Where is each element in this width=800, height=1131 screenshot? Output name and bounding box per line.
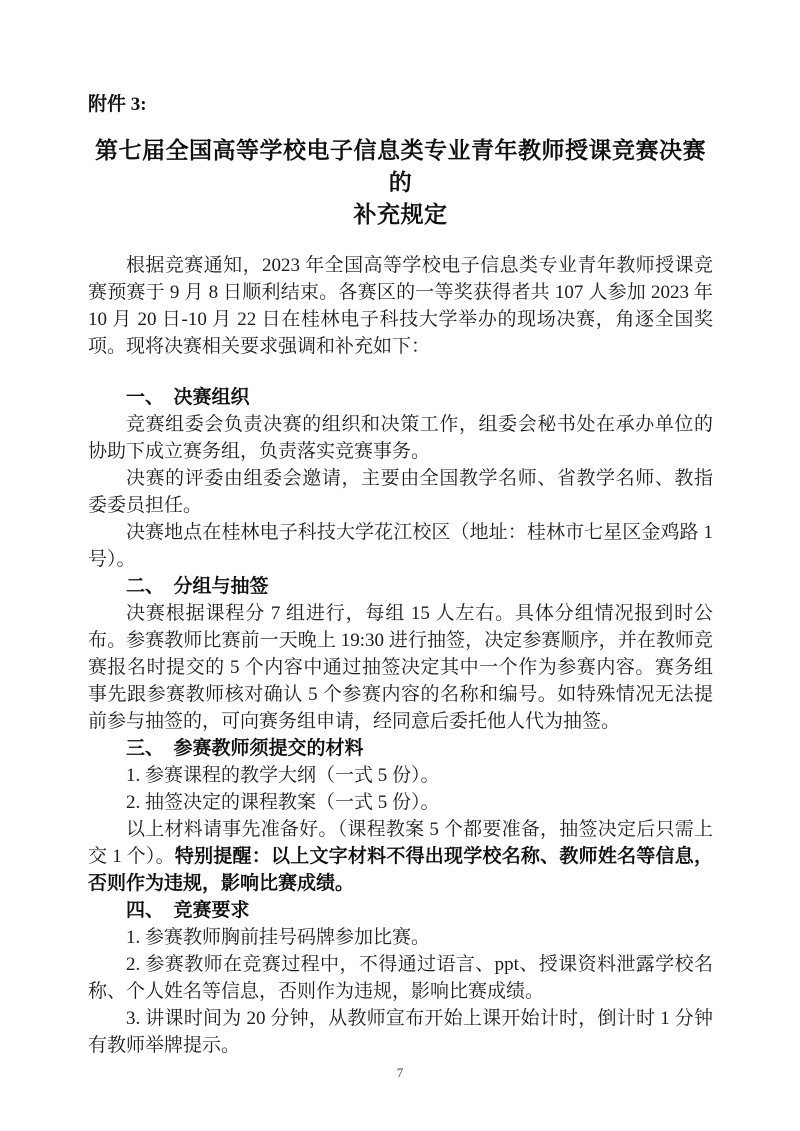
section-1-heading: 一、 决赛组织 — [88, 384, 713, 411]
section-3-item: 2. 抽签决定的课程教案（一式 5 份）。 — [88, 789, 713, 816]
page-number: 7 — [0, 1065, 800, 1080]
attachment-label: 附件 3: — [88, 93, 713, 117]
section-3-note-warning: 特别提醒：以上文字材料不得出现学校名称、教师姓名等信息，否则作为违规，影响比赛成… — [88, 846, 713, 894]
section-4-item: 2. 参赛教师在竞赛过程中，不得通过语言、ppt、授课资料泄露学校名称、个人姓名… — [88, 951, 713, 1005]
intro-paragraph: 根据竞赛通知，2023 年全国高等学校电子信息类专业青年教师授课竞赛预赛于 9 … — [88, 252, 713, 360]
section-4-item: 1. 参赛教师胸前挂号码牌参加比赛。 — [88, 924, 713, 951]
section-3-heading: 三、 参赛教师须提交的材料 — [88, 735, 713, 762]
section-4-heading: 四、 竞赛要求 — [88, 897, 713, 924]
document-title-line-1: 第七届全国高等学校电子信息类专业青年教师授课竞赛决赛的 — [88, 134, 713, 198]
section-3-item: 1. 参赛课程的教学大纲（一式 5 份）。 — [88, 762, 713, 789]
document-title-line-2: 补充规定 — [88, 198, 713, 230]
section-grouping-and-draw: 二、 分组与抽签 决赛根据课程分 7 组进行，每组 15 人左右。具体分组情况报… — [88, 573, 713, 735]
section-1-paragraph: 竞赛组委会负责决赛的组织和决策工作，组委会秘书处在承办单位的协助下成立赛务组，负… — [88, 411, 713, 465]
section-3-note: 以上材料请事先准备好。（课程教案 5 个都要准备，抽签决定后只需上交 1 个）。… — [88, 816, 713, 897]
document-page: 附件 3: 第七届全国高等学校电子信息类专业青年教师授课竞赛决赛的 补充规定 根… — [0, 0, 800, 1131]
section-1-paragraph: 决赛地点在桂林电子科技大学花江校区（地址：桂林市七星区金鸡路 1 号）。 — [88, 519, 713, 573]
section-4-item: 3. 讲课时间为 20 分钟，从教师宣布开始上课开始计时，倒计时 1 分钟有教师… — [88, 1005, 713, 1059]
section-1-paragraph: 决赛的评委由组委会邀请，主要由全国教学名师、省教学名师、教指委委员担任。 — [88, 465, 713, 519]
section-competition-requirements: 四、 竞赛要求 1. 参赛教师胸前挂号码牌参加比赛。 2. 参赛教师在竞赛过程中… — [88, 897, 713, 1059]
document-body: 根据竞赛通知，2023 年全国高等学校电子信息类专业青年教师授课竞赛预赛于 9 … — [88, 252, 713, 1059]
section-materials-to-submit: 三、 参赛教师须提交的材料 1. 参赛课程的教学大纲（一式 5 份）。 2. 抽… — [88, 735, 713, 897]
section-2-paragraph: 决赛根据课程分 7 组进行，每组 15 人左右。具体分组情况报到时公布。参赛教师… — [88, 600, 713, 735]
section-final-organization: 一、 决赛组织 竞赛组委会负责决赛的组织和决策工作，组委会秘书处在承办单位的协助… — [88, 384, 713, 573]
document-title: 第七届全国高等学校电子信息类专业青年教师授课竞赛决赛的 补充规定 — [88, 134, 713, 230]
section-2-heading: 二、 分组与抽签 — [88, 573, 713, 600]
